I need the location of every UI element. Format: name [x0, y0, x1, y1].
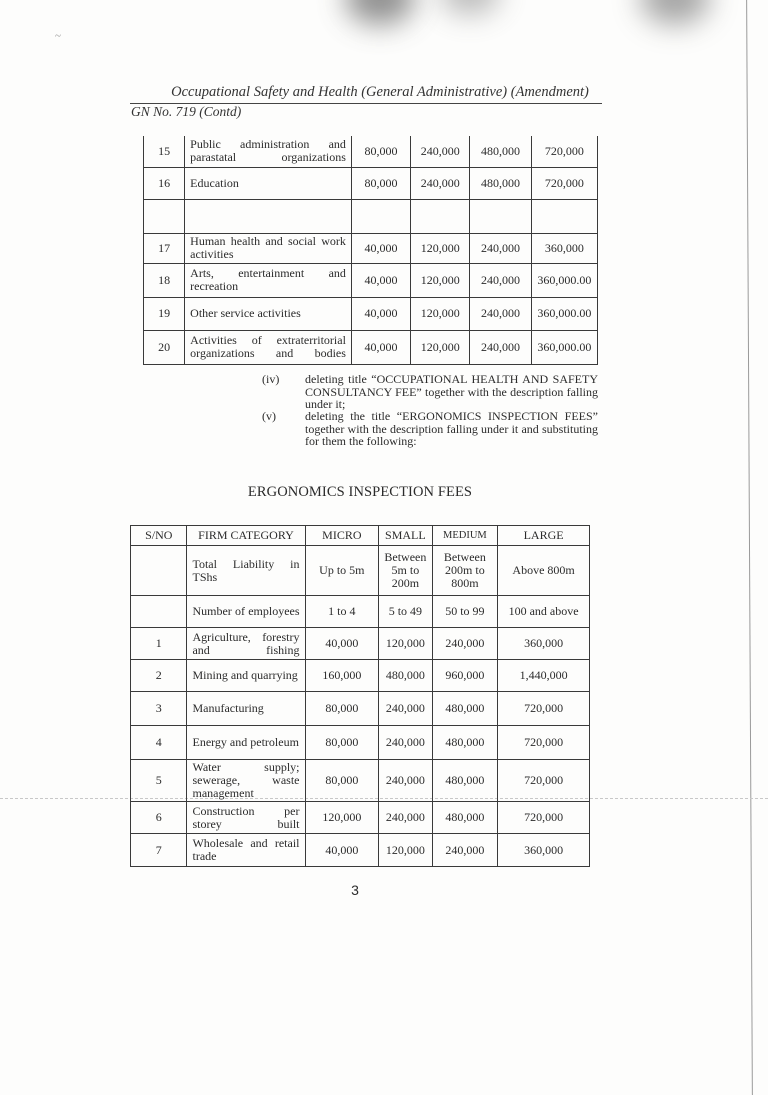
row-category: Public administration and parastatal org…	[185, 136, 352, 167]
row-category: Activities of extraterritorial organizat…	[185, 330, 352, 364]
fee-micro	[351, 199, 410, 233]
value-medium: 50 to 99	[432, 596, 498, 628]
fee-large: 360,000.00	[531, 330, 597, 364]
row-number	[144, 199, 185, 233]
fee-small: 120,000	[411, 263, 470, 297]
row-category	[185, 199, 352, 233]
fee-micro: 40,000	[351, 297, 410, 330]
scan-smudge	[345, 0, 415, 25]
fee-micro: 80,000	[351, 167, 410, 199]
fee-medium: 240,000	[470, 330, 531, 364]
table-row: 4Energy and petroleum80,000240,000480,00…	[131, 726, 590, 760]
criteria-row: Number of employees1 to 45 to 4950 to 99…	[131, 596, 590, 628]
fee-micro: 80,000	[305, 692, 379, 726]
fee-small: 120,000	[411, 330, 470, 364]
fee-medium	[470, 199, 531, 233]
table-header-row: S/NO FIRM CATEGORY MICRO SMALL MEDIUM LA…	[131, 526, 590, 546]
fee-small: 240,000	[379, 726, 432, 760]
amendment-text: deleting the title “ERGONOMICS INSPECTIO…	[305, 410, 598, 448]
table-row: 6Construction per storey built120,000240…	[131, 802, 590, 834]
row-number: 6	[131, 802, 187, 834]
table-row: 16Education80,000240,000480,000720,000	[144, 167, 598, 199]
amendment-text: deleting title “OCCUPATIONAL HEALTH AND …	[305, 373, 598, 411]
fee-medium: 480,000	[470, 136, 531, 167]
row-number: 17	[144, 233, 185, 263]
fee-micro: 40,000	[351, 263, 410, 297]
row-category: Manufacturing	[187, 692, 305, 726]
row-number: 2	[131, 660, 187, 692]
running-title: Occupational Safety and Health (General …	[160, 84, 600, 101]
page-number: 3	[125, 882, 585, 898]
fee-micro: 40,000	[305, 628, 379, 660]
amendment-item: (v) deleting the title “ERGONOMICS INSPE…	[262, 410, 598, 448]
row-number: 3	[131, 692, 187, 726]
fee-micro: 80,000	[305, 760, 379, 802]
header-sno: S/NO	[131, 526, 187, 546]
header-small: SMALL	[379, 526, 432, 546]
fee-micro: 80,000	[351, 136, 410, 167]
fee-medium: 480,000	[470, 167, 531, 199]
scan-smudge	[440, 0, 500, 15]
fee-large: 720,000	[498, 802, 590, 834]
header-micro: MICRO	[305, 526, 379, 546]
fee-small: 240,000	[411, 136, 470, 167]
row-category: Education	[185, 167, 352, 199]
fee-large: 720,000	[498, 726, 590, 760]
fee-medium: 240,000	[432, 628, 498, 660]
row-number: 7	[131, 834, 187, 867]
fee-large: 720,000	[531, 167, 597, 199]
fee-large: 360,000.00	[531, 297, 597, 330]
table-row: 19Other service activities40,000120,0002…	[144, 297, 598, 330]
amendment-item: (iv) deleting title “OCCUPATIONAL HEALTH…	[262, 373, 598, 411]
value-small: 5 to 49	[379, 596, 432, 628]
criteria-row: Total Liability in TShsUp to 5mBetween 5…	[131, 546, 590, 596]
value-small: Between 5m to 200m	[379, 546, 432, 596]
fee-small: 240,000	[379, 692, 432, 726]
value-large: 100 and above	[498, 596, 590, 628]
table-row: 2Mining and quarrying160,000480,000960,0…	[131, 660, 590, 692]
value-micro: Up to 5m	[305, 546, 379, 596]
row-category: Total Liability in TShs	[187, 546, 305, 596]
fee-small: 480,000	[379, 660, 432, 692]
row-number: 19	[144, 297, 185, 330]
row-category: Number of employees	[187, 596, 305, 628]
fee-small: 240,000	[411, 167, 470, 199]
row-category: Other service activities	[185, 297, 352, 330]
table-row: 18Arts, entertainment and recreation40,0…	[144, 263, 598, 297]
fee-small	[411, 199, 470, 233]
fee-large: 1,440,000	[498, 660, 590, 692]
page-edge-line	[746, 0, 753, 1095]
row-number: 18	[144, 263, 185, 297]
row-category: Mining and quarrying	[187, 660, 305, 692]
row-category: Construction per storey built	[187, 802, 305, 834]
fee-medium: 240,000	[470, 263, 531, 297]
fee-medium: 480,000	[432, 692, 498, 726]
fee-small: 120,000	[379, 834, 432, 867]
fee-medium: 240,000	[470, 297, 531, 330]
value-medium: Between 200m to 800m	[432, 546, 498, 596]
table-row: 7Wholesale and retail trade40,000120,000…	[131, 834, 590, 867]
value-micro: 1 to 4	[305, 596, 379, 628]
row-number: 20	[144, 330, 185, 364]
table-row: 17Human health and social work activitie…	[144, 233, 598, 263]
row-category: Human health and social work activities	[185, 233, 352, 263]
header-medium: MEDIUM	[432, 526, 498, 546]
row-number: 1	[131, 628, 187, 660]
fee-medium: 480,000	[432, 760, 498, 802]
row-number	[131, 546, 187, 596]
fee-small: 120,000	[411, 297, 470, 330]
header-category: FIRM CATEGORY	[187, 526, 305, 546]
fee-large	[531, 199, 597, 233]
table-row: 5Water supply; sewerage, waste managemen…	[131, 760, 590, 802]
row-number: 16	[144, 167, 185, 199]
fee-large: 360,000	[498, 628, 590, 660]
scan-smudge	[640, 0, 710, 25]
row-category: Wholesale and retail trade	[187, 834, 305, 867]
fee-small: 240,000	[379, 802, 432, 834]
row-category: Energy and petroleum	[187, 726, 305, 760]
fee-medium: 480,000	[432, 802, 498, 834]
row-category: Arts, entertainment and recreation	[185, 263, 352, 297]
fee-medium: 240,000	[470, 233, 531, 263]
row-category: Agriculture, forestry and fishing	[187, 628, 305, 660]
section-title: ERGONOMICS INSPECTION FEES	[125, 484, 595, 501]
fee-small: 240,000	[379, 760, 432, 802]
amendment-number: (v)	[262, 410, 302, 423]
value-large: Above 800m	[498, 546, 590, 596]
header-large: LARGE	[498, 526, 590, 546]
fee-large: 360,000	[498, 834, 590, 867]
fee-micro: 80,000	[305, 726, 379, 760]
continued-fees-table: 15Public administration and parastatal o…	[143, 136, 598, 365]
gn-reference: GN No. 719 (Contd)	[131, 104, 241, 120]
table-row: 1Agriculture, forestry and fishing40,000…	[131, 628, 590, 660]
row-number: 15	[144, 136, 185, 167]
fee-large: 360,000.00	[531, 263, 597, 297]
fee-large: 720,000	[531, 136, 597, 167]
fee-medium: 960,000	[432, 660, 498, 692]
fee-micro: 40,000	[305, 834, 379, 867]
fee-large: 360,000	[531, 233, 597, 263]
row-number: 4	[131, 726, 187, 760]
fee-small: 120,000	[379, 628, 432, 660]
row-number: 5	[131, 760, 187, 802]
fee-medium: 240,000	[432, 834, 498, 867]
fee-micro: 40,000	[351, 233, 410, 263]
fee-large: 720,000	[498, 760, 590, 802]
scan-mark: ~	[55, 30, 61, 42]
amendment-number: (iv)	[262, 373, 302, 386]
row-number	[131, 596, 187, 628]
table-row: 20Activities of extraterritorial organiz…	[144, 330, 598, 364]
fee-micro: 160,000	[305, 660, 379, 692]
fee-small: 120,000	[411, 233, 470, 263]
ergonomics-fees-table: S/NO FIRM CATEGORY MICRO SMALL MEDIUM LA…	[130, 525, 590, 867]
fee-micro: 120,000	[305, 802, 379, 834]
table-row: 3Manufacturing80,000240,000480,000720,00…	[131, 692, 590, 726]
fee-medium: 480,000	[432, 726, 498, 760]
table-row-empty	[144, 199, 598, 233]
fee-micro: 40,000	[351, 330, 410, 364]
fee-large: 720,000	[498, 692, 590, 726]
table-row: 15Public administration and parastatal o…	[144, 136, 598, 167]
row-category: Water supply; sewerage, waste management	[187, 760, 305, 802]
